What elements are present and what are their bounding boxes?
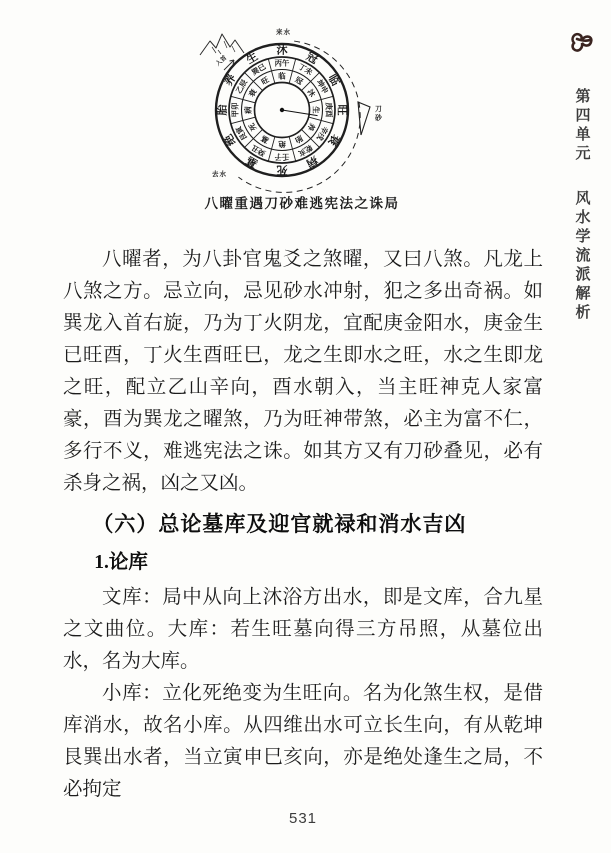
margin-sidebar: 第四单元 风水学流派解析 bbox=[565, 30, 599, 323]
paragraph-xiaoku: 小库：立化死绝变为生旺向。名为化煞生权，是借库消水，故名小库。从四维出水可立长生… bbox=[63, 678, 543, 806]
svg-text:砂: 砂 bbox=[375, 113, 382, 122]
svg-text:甲卯: 甲卯 bbox=[231, 102, 240, 117]
svg-text:沐: 沐 bbox=[277, 43, 289, 57]
section-heading: （六）总论墓库及迎官就禄和消水吉凶 bbox=[63, 508, 543, 538]
svg-text:旺: 旺 bbox=[336, 105, 350, 116]
svg-text:胎: 胎 bbox=[215, 104, 229, 117]
figure-caption: 八曜重遇刀砂难逃宪法之诛局 bbox=[63, 192, 541, 212]
svg-text:绝: 绝 bbox=[278, 139, 286, 148]
svg-text:丙午: 丙午 bbox=[275, 59, 290, 68]
paragraph-bayao: 八曜者，为八卦官鬼爻之煞曜，又曰八煞。凡龙上八煞之方。忌立向，忌见砂水冲射，犯之… bbox=[63, 244, 543, 500]
publisher-logo-icon bbox=[569, 30, 595, 54]
book-title-vertical: 风水学流派解析 bbox=[572, 190, 593, 323]
paragraph-wenku: 文库：局中从向上沐浴方出水，即是文库，合九星之文曲位。大库：若生旺墓向得三方吊照… bbox=[63, 582, 543, 678]
svg-text:壬子: 壬子 bbox=[274, 152, 289, 161]
svg-text:入首: 入首 bbox=[214, 54, 228, 68]
unit-label: 第四单元 bbox=[572, 88, 593, 164]
svg-text:去水: 去水 bbox=[212, 169, 227, 178]
svg-text:刀: 刀 bbox=[375, 105, 382, 113]
book-page: 第四单元 风水学流派解析 沐丙午临冠丁未冠临坤申沐旺庚酉生衰辛戌养病乾亥胎死壬子… bbox=[0, 0, 611, 853]
luopan-diagram: 沐丙午临冠丁未冠临坤申沐旺庚酉生衰辛戌养病乾亥胎死壬子绝墓癸丑墓绝艮寅死胎甲卯病… bbox=[172, 22, 418, 208]
text-column: 八曜者，为八卦官鬼爻之煞曜，又曰八煞。凡龙上八煞之方。忌立向，忌见砂水冲射，犯之… bbox=[63, 244, 543, 806]
subsection-heading: 1.论库 bbox=[63, 546, 543, 574]
svg-text:临: 临 bbox=[278, 72, 286, 81]
page-number: 531 bbox=[63, 810, 543, 827]
mountain-sketch bbox=[200, 34, 244, 55]
svg-text:死: 死 bbox=[277, 164, 288, 178]
svg-text:病: 病 bbox=[244, 106, 253, 115]
svg-text:庚酉: 庚酉 bbox=[324, 103, 333, 118]
svg-text:生: 生 bbox=[311, 106, 320, 114]
svg-text:来水: 来水 bbox=[276, 27, 291, 36]
